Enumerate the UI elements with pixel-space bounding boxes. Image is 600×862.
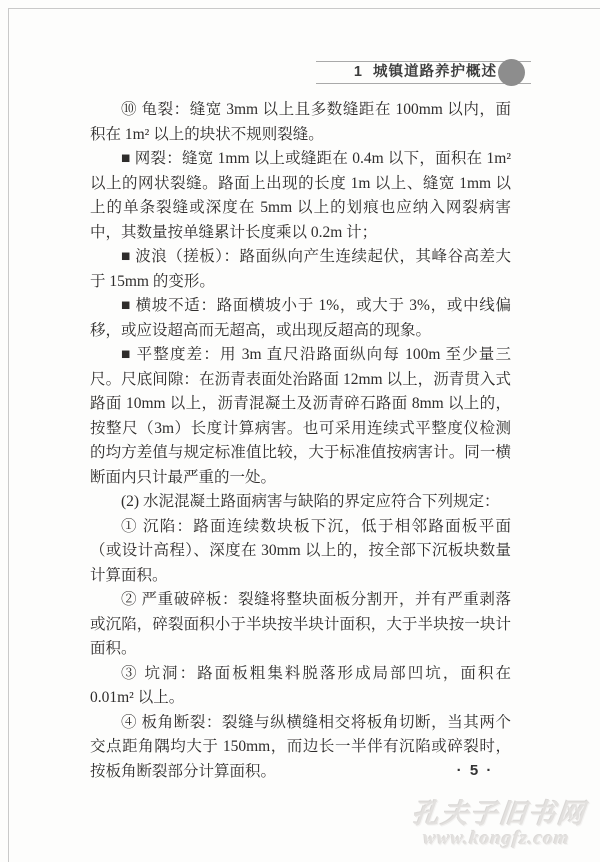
page-number: · 5 · — [435, 762, 515, 779]
kongfz-watermark: 孔夫子旧书网 www.kongfz.com — [405, 800, 590, 850]
running-header: 1城镇道路养护概述 — [316, 61, 531, 84]
scan-edge-top — [8, 8, 600, 9]
scan-edge-left — [8, 8, 9, 862]
filled-circle-icon — [498, 59, 525, 86]
chapter-number: 1 — [354, 64, 363, 80]
body-text: ⑩ 龟裂：缝宽 3mm 以上且多数缝距在 100mm 以内，面积在 1m² 以上… — [90, 98, 511, 784]
paragraph-section-2: (2) 水泥混凝土路面病害与缺陷的界定应符合下列规定： — [90, 490, 511, 515]
paragraph-bo-lang: ■ 波浪（搓板）：路面纵向产生连续起伏，其峰谷高差大于 15mm 的变形。 — [90, 245, 511, 294]
paragraph-po-sui-ban: ② 严重破碎板：裂缝将整块面板分割开，并有严重剥落或沉陷，碎裂面积小于半块按半块… — [90, 588, 511, 662]
chapter-heading: 1城镇道路养护概述 — [354, 62, 497, 83]
chapter-title: 城镇道路养护概述 — [373, 64, 497, 80]
watermark-site-url: www.kongfz.com — [405, 828, 587, 850]
paragraph-heng-po: ■ 横坡不适：路面横坡小于 1%，或大于 3%，或中线偏移，或应设超高而无超高，… — [90, 294, 511, 343]
paragraph-keng-dong: ③ 坑洞：路面板粗集料脱落形成局部凹坑，面积在 0.01m² 以上。 — [90, 662, 511, 711]
book-page-scan: 1城镇道路养护概述 ⑩ 龟裂：缝宽 3mm 以上且多数缝距在 100mm 以内，… — [0, 0, 600, 862]
paragraph-gui-lie: ⑩ 龟裂：缝宽 3mm 以上且多数缝距在 100mm 以内，面积在 1m² 以上… — [90, 98, 511, 147]
paragraph-wang-lie: ■ 网裂：缝宽 1mm 以上或缝距在 0.4m 以下，面积在 1m² 以上的网状… — [90, 147, 511, 245]
watermark-site-name: 孔夫子旧书网 — [408, 800, 591, 828]
paragraph-ping-zheng-du: ■ 平整度差：用 3m 直尺沿路面纵向每 100m 至少量三尺。尺底间隙：在沥青… — [90, 343, 511, 490]
paragraph-chen-xian: ① 沉陷：路面连续数块板下沉，低于相邻路面板平面（或设计高程）、深度在 30mm… — [90, 515, 511, 589]
